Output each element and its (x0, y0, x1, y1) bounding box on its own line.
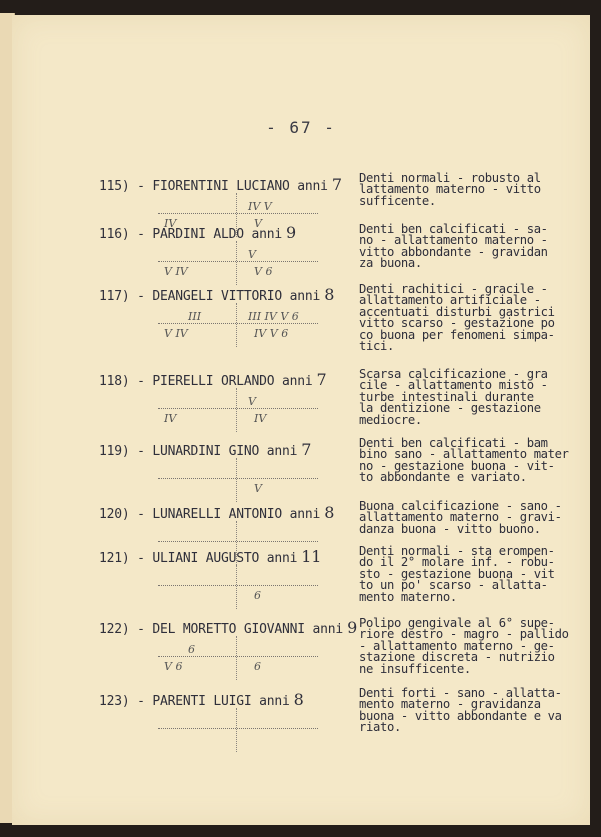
entry-label: 115) - FIORENTINI LUCIANO anni (99, 179, 328, 194)
chart-vertical-line (236, 708, 237, 752)
chart-vertical-line (236, 636, 237, 680)
chart-horizontal-line (158, 656, 318, 657)
entry-label: 120) - LUNARELLI ANTONIO anni (99, 507, 320, 522)
entry-label: 117) - DEANGELI VITTORIO anni (99, 289, 320, 304)
entry-description: Buona calcificazione - sano - allattamen… (359, 501, 594, 535)
dental-chart: 6V 66 (158, 636, 318, 680)
upper-left-teeth: III (188, 310, 201, 323)
entry-age: 7 (332, 175, 342, 194)
entry-description: Denti normali - robusto al lattamento ma… (359, 173, 594, 207)
entry-heading: 120) - LUNARELLI ANTONIO anni8 (99, 503, 334, 522)
entry-description: Scarsa calcificazione - gra cile - allat… (359, 369, 594, 426)
dental-chart: 6 (158, 565, 318, 609)
entry-description: Denti rachitici - gracile - allattamento… (359, 284, 594, 352)
dental-chart: VIVIV (158, 388, 318, 432)
chart-horizontal-line (158, 261, 318, 262)
entry-heading: 121) - ULIANI AUGUSTO anni11 (99, 547, 321, 566)
chart-horizontal-line (158, 728, 318, 729)
entry-age: 9 (347, 618, 357, 637)
lower-right-teeth: 6 (254, 660, 261, 673)
upper-right-teeth: IV V (248, 200, 272, 213)
chart-vertical-line (236, 565, 237, 609)
dental-chart: V (158, 458, 318, 502)
entry-age: 7 (317, 370, 327, 389)
lower-left-teeth: V IV (164, 265, 188, 278)
entry-age: 8 (324, 285, 334, 304)
entry-label: 122) - DEL MORETTO GIOVANNI anni (99, 622, 343, 637)
chart-vertical-line (236, 388, 237, 432)
entry-heading: 122) - DEL MORETTO GIOVANNI anni9 (99, 618, 357, 637)
entry-description: Polipo gengivale al 6° supe- riore destr… (359, 618, 594, 675)
entry-heading: 117) - DEANGELI VITTORIO anni8 (99, 285, 334, 304)
lower-right-teeth: IV (254, 412, 266, 425)
dental-chart: IIIIII IV V 6V IVIV V 6 (158, 303, 318, 347)
entry-age: 9 (286, 223, 296, 242)
chart-horizontal-line (158, 478, 318, 479)
entry-heading: 118) - PIERELLI ORLANDO anni7 (99, 370, 327, 389)
entry-heading: 116) - PARDINI ALDO anni9 (99, 223, 296, 242)
entry-description: Denti forti - sano - allatta- mento mate… (359, 688, 594, 734)
entry-label: 118) - PIERELLI ORLANDO anni (99, 374, 313, 389)
entry-heading: 115) - FIORENTINI LUCIANO anni7 (99, 175, 342, 194)
entry-heading: 123) - PARENTI LUIGI anni8 (99, 690, 304, 709)
entry-description: Denti ben calcificati - bam bino sano - … (359, 438, 594, 484)
chart-horizontal-line (158, 585, 318, 586)
page-number: - 67 - (12, 118, 590, 137)
document-page: - 67 - 115) - FIORENTINI LUCIANO anni7IV… (12, 15, 590, 825)
upper-right-teeth: V (248, 248, 256, 261)
upper-right-teeth: V (248, 395, 256, 408)
chart-vertical-line (236, 241, 237, 285)
chart-horizontal-line (158, 408, 318, 409)
chart-horizontal-line (158, 323, 318, 324)
upper-left-teeth: 6 (188, 643, 195, 656)
entry-description: Denti normali - sta erompen- do il 2° mo… (359, 546, 594, 603)
lower-right-teeth: V (254, 482, 262, 495)
lower-left-teeth: V IV (164, 327, 188, 340)
lower-right-teeth: 6 (254, 589, 261, 602)
chart-horizontal-line (158, 541, 318, 542)
entry-age: 11 (301, 547, 321, 566)
entry-label: 123) - PARENTI LUIGI anni (99, 694, 290, 709)
entry-label: 116) - PARDINI ALDO anni (99, 227, 282, 242)
entry-description: Denti ben calcificati - sa- no - allatta… (359, 224, 594, 270)
dental-chart (158, 708, 318, 752)
lower-left-teeth: V 6 (164, 660, 182, 673)
chart-vertical-line (236, 458, 237, 502)
upper-right-teeth: III IV V 6 (248, 310, 299, 323)
dental-chart: VV IVV 6 (158, 241, 318, 285)
entry-heading: 119) - LUNARDINI GINO anni7 (99, 440, 311, 459)
entry-label: 119) - LUNARDINI GINO anni (99, 444, 297, 459)
entry-age: 8 (294, 690, 304, 709)
entry-label: 121) - ULIANI AUGUSTO anni (99, 551, 297, 566)
entry-age: 7 (301, 440, 311, 459)
chart-horizontal-line (158, 213, 318, 214)
chart-vertical-line (236, 303, 237, 347)
lower-right-teeth: IV V 6 (254, 327, 288, 340)
entry-age: 8 (324, 503, 334, 522)
lower-right-teeth: V 6 (254, 265, 272, 278)
lower-left-teeth: IV (164, 412, 176, 425)
